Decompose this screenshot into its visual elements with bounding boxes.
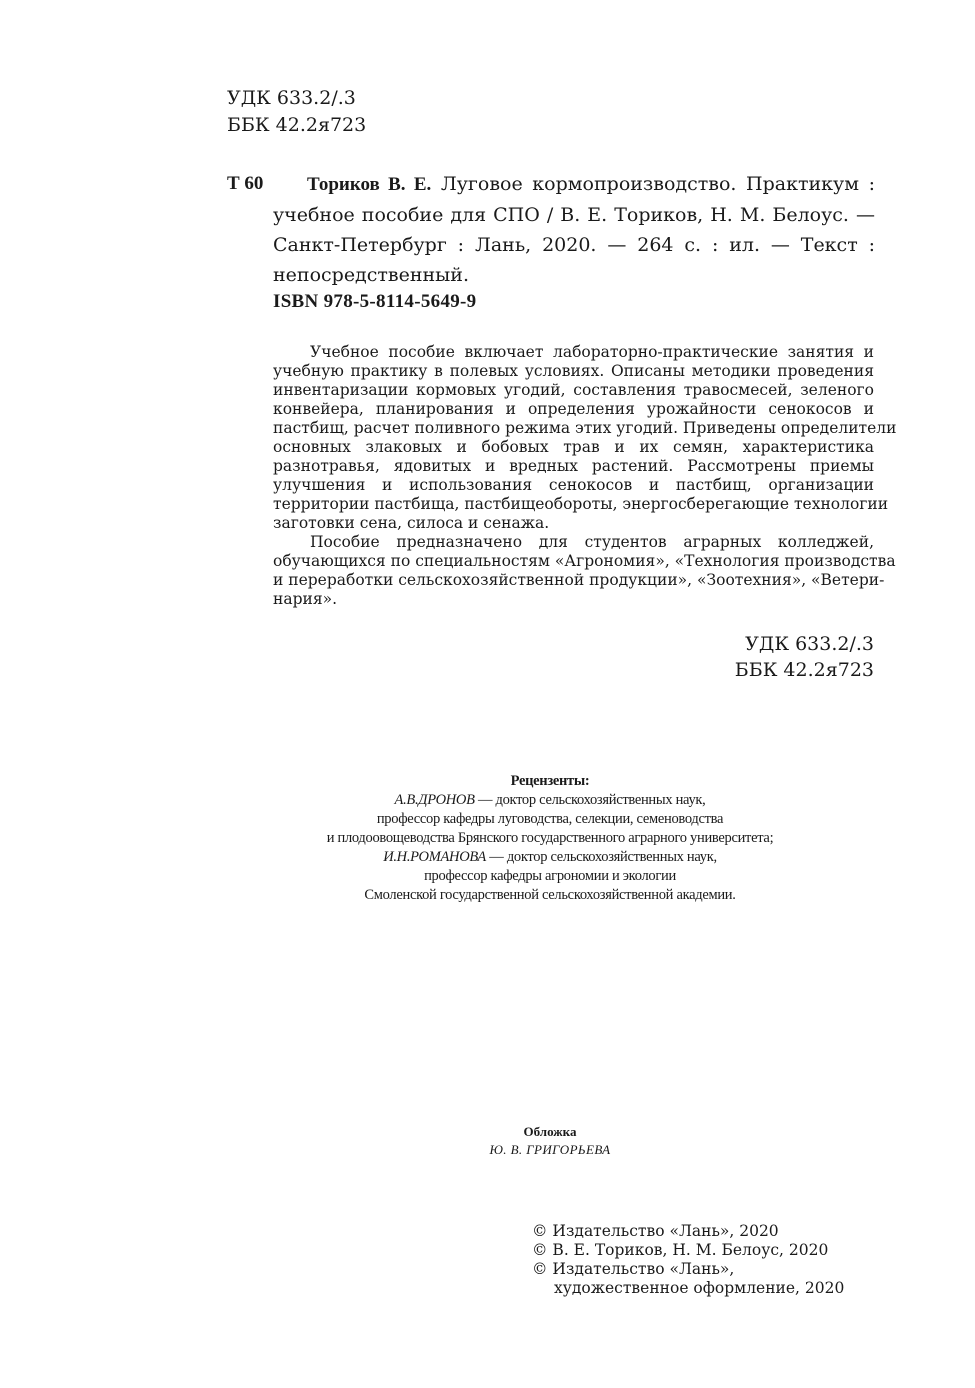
isbn: ISBN 978-5-8114-5649-9 bbox=[273, 291, 476, 313]
annotation-line: Пособие предназначено для студентов агра… bbox=[273, 533, 874, 552]
copyright-line: © Издательство «Лань», 2020 bbox=[532, 1222, 844, 1241]
reviewer-line: профессор кафедры агрономии и экологии bbox=[250, 867, 850, 886]
bibliographic-record: Ториков В. Е. Луговое кормопроизводство.… bbox=[273, 169, 875, 290]
biblio-line: непосредственный. bbox=[273, 260, 875, 290]
reviewer-line: и плодоовощеводства Брянского государств… bbox=[250, 829, 850, 848]
cover-heading: Обложка bbox=[400, 1123, 700, 1141]
reviewer-line: Смоленской государственной сельскохозяйс… bbox=[250, 886, 850, 905]
annotation-line: основных злаковых и бобовых трав и их се… bbox=[273, 438, 874, 457]
copyright-block: © Издательство «Лань», 2020 © В. Е. Тори… bbox=[532, 1222, 844, 1298]
classification-codes-bottom: УДК 633.2/.3 ББК 42.2я723 bbox=[734, 631, 874, 683]
reviewers-heading: Рецензенты: bbox=[250, 772, 850, 791]
cover-designer: Ю. В. ГРИГОРЬЕВА bbox=[400, 1141, 700, 1159]
annotation-line: Учебное пособие включает лабораторно-пра… bbox=[273, 343, 874, 362]
bbk-code: ББК 42.2я723 bbox=[734, 657, 874, 683]
reviewer-line: И.Н.РОМАНОВА — доктор сельскохозяйственн… bbox=[250, 848, 850, 867]
copyright-line: © В. Е. Ториков, Н. М. Белоус, 2020 bbox=[532, 1241, 844, 1260]
reviewer-name: А.В.ДРОНОВ bbox=[395, 792, 475, 808]
annotation-line: учебную практику в полевых условиях. Опи… bbox=[273, 362, 874, 381]
author-name: Ториков В. Е. bbox=[307, 174, 431, 195]
biblio-line: Санкт-Петербург : Лань, 2020. — 264 с. :… bbox=[273, 230, 875, 260]
biblio-line: учебное пособие для СПО / В. Е. Ториков,… bbox=[273, 200, 875, 230]
annotation-line: улучшения и использования сенокосов и па… bbox=[273, 476, 874, 495]
annotation: Учебное пособие включает лабораторно-пра… bbox=[273, 343, 874, 609]
udk-code: УДК 633.2/.3 bbox=[227, 85, 366, 112]
biblio-line: Ториков В. Е. Луговое кормопроизводство.… bbox=[273, 169, 875, 200]
annotation-line: обучающихся по специальностям «Агрономия… bbox=[273, 552, 874, 571]
annotation-line: разнотравья, ядовитых и вредных растений… bbox=[273, 457, 874, 476]
annotation-line: конвейера, планирования и определения ур… bbox=[273, 400, 874, 419]
copyright-line: художественное оформление, 2020 bbox=[532, 1279, 844, 1298]
reviewer-name: И.Н.РОМАНОВА bbox=[383, 849, 486, 865]
cover-credit: Обложка Ю. В. ГРИГОРЬЕВА bbox=[400, 1123, 700, 1159]
bbk-code: ББК 42.2я723 bbox=[227, 112, 366, 139]
classification-codes-top: УДК 633.2/.3 ББК 42.2я723 bbox=[227, 85, 366, 139]
annotation-line: нария». bbox=[273, 590, 874, 609]
copyright-line: © Издательство «Лань», bbox=[532, 1260, 844, 1279]
annotation-line: инвентаризации кормовых угодий, составле… bbox=[273, 381, 874, 400]
udk-code: УДК 633.2/.3 bbox=[734, 631, 874, 657]
reviewer-line: профессор кафедры луговодства, селекции,… bbox=[250, 810, 850, 829]
annotation-line: пастбищ, расчет поливного режима этих уг… bbox=[273, 419, 874, 438]
annotation-line: заготовки сена, силоса и сенажа. bbox=[273, 514, 874, 533]
annotation-line: территории пастбища, пастбищеобороты, эн… bbox=[273, 495, 874, 514]
annotation-line: и переработки сельскохозяйственной проду… bbox=[273, 571, 874, 590]
author-mark: Т 60 bbox=[227, 169, 263, 199]
reviewers-block: Рецензенты: А.В.ДРОНОВ — доктор сельскох… bbox=[250, 772, 850, 905]
reviewer-line: А.В.ДРОНОВ — доктор сельскохозяйственных… bbox=[250, 791, 850, 810]
